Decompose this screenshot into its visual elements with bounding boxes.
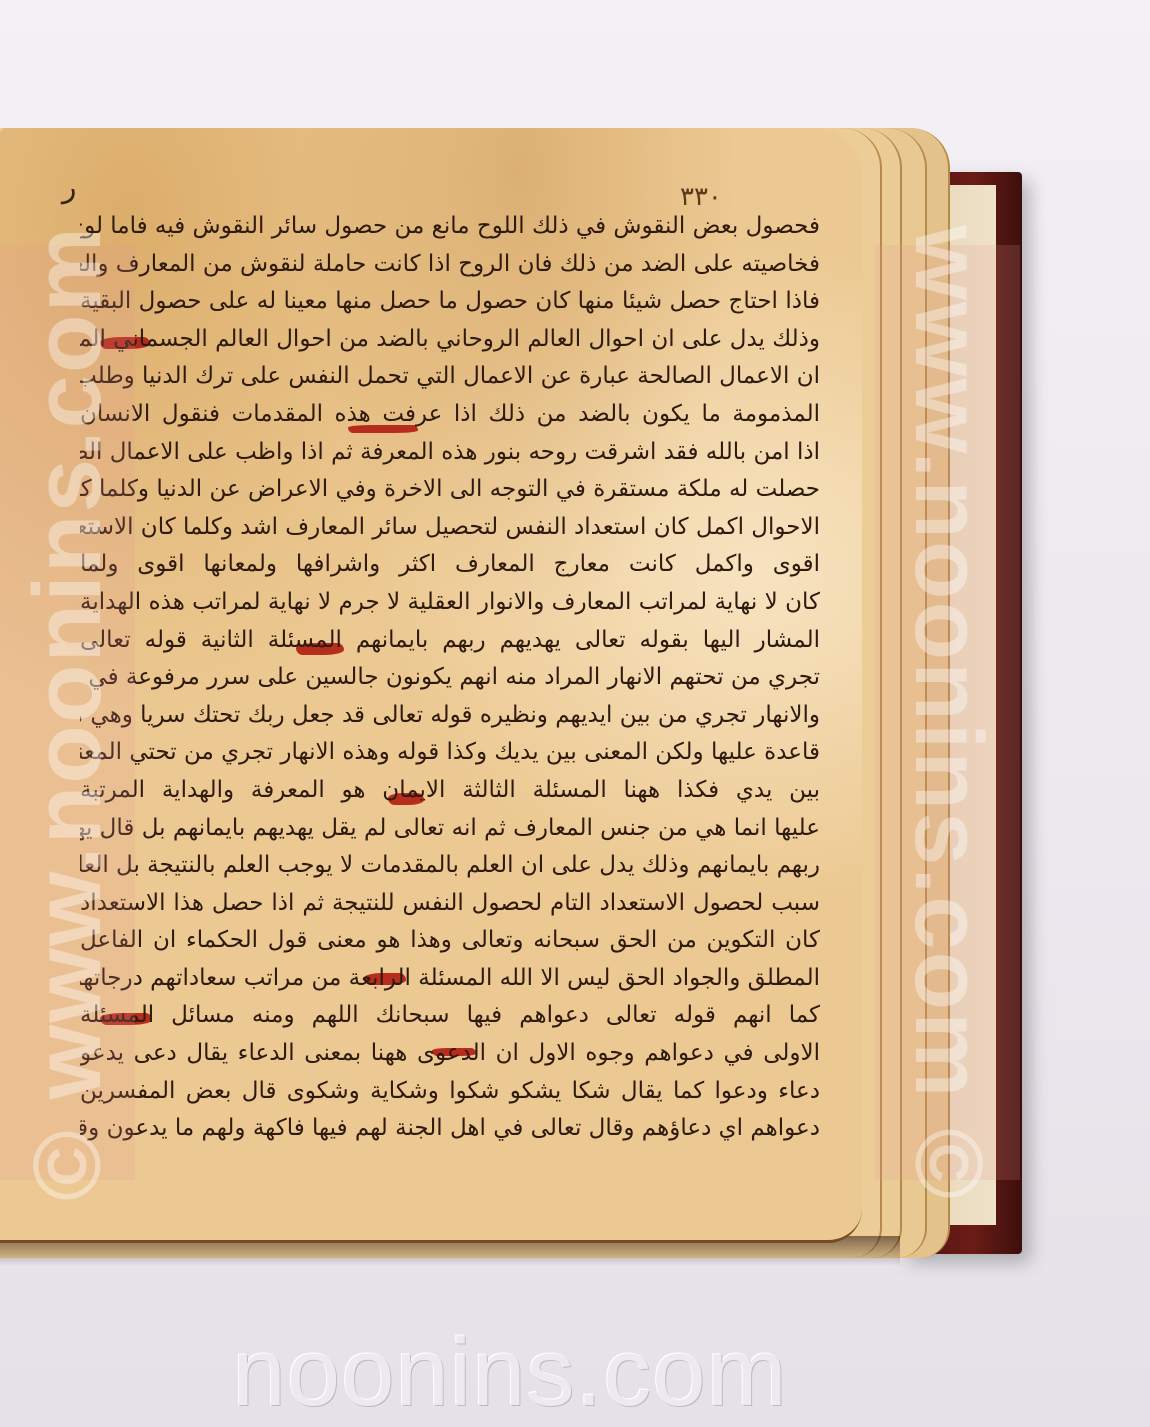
watermark-text: © www.noonins.com xyxy=(13,225,123,1201)
text-line: المشار اليها بقوله تعالى يهديهم ربهم باي… xyxy=(80,622,820,660)
text-line: المطلق والجواد الحق ليس الا الله المسئلة… xyxy=(80,960,820,998)
text-line: سبب لحصول الاستعداد التام لحصول النفس لل… xyxy=(80,885,820,923)
text-line: المذمومة ما يكون بالضد من ذلك اذا عرفت ه… xyxy=(80,396,820,434)
text-line: الاحوال اكمل كان استعداد النفس لتحصيل سا… xyxy=(80,509,820,547)
watermark-right: www.noonins.com © xyxy=(875,245,1020,1180)
text-line: فخاصيته على الضد من ذلك فان الروح اذا كا… xyxy=(80,246,820,284)
text-line: فحصول بعض النقوش في ذلك اللوح مانع من حص… xyxy=(80,208,820,246)
watermark-left: © www.noonins.com xyxy=(0,245,135,1180)
text-line: وذلك يدل على ان احوال العالم الروحاني با… xyxy=(80,321,820,359)
manuscript-text: فحصول بعض النقوش في ذلك اللوح مانع من حص… xyxy=(80,208,820,1148)
text-line: اذا امن بالله فقد اشرقت روحه بنور هذه ال… xyxy=(80,434,820,472)
text-line: ان الاعمال الصالحة عبارة عن الاعمال التي… xyxy=(80,358,820,396)
text-line: قاعدة عليها ولكن المعنى بين يديك وكذا قو… xyxy=(80,734,820,772)
text-line: كما انهم قوله تعالى دعواهم فيها سبحانك ا… xyxy=(80,997,820,1035)
text-line: كان لا نهاية لمراتب المعارف والانوار الع… xyxy=(80,584,820,622)
text-line: كان التكوين من الحق سبحانه وتعالى وهذا ه… xyxy=(80,922,820,960)
manuscript-photo: ٣٣٠ ر فحصول بعض النقوش في ذلك اللوح مانع… xyxy=(0,0,1150,1427)
footer-watermark: noonins.com xyxy=(210,1318,810,1427)
text-line: اقوى واكمل كانت معارج المعارف اكثر واشرا… xyxy=(80,546,820,584)
text-line: الاولى في دعواهم وجوه الاول ان الدعوى هه… xyxy=(80,1035,820,1073)
text-line: والانهار تجري من بين ايديهم ونظيره قوله … xyxy=(80,697,820,735)
text-line: ربهم بايمانهم وذلك يدل على ان العلم بالم… xyxy=(80,847,820,885)
text-line: دعاء ودعوا كما يقال شكا يشكو شكوا وشكاية… xyxy=(80,1073,820,1111)
text-line: حصلت له ملكة مستقرة في التوجه الى الاخرة… xyxy=(80,471,820,509)
margin-mark: ر xyxy=(62,170,77,205)
watermark-text: www.noonins.com © xyxy=(893,225,1003,1201)
text-line: عليها انما هي من جنس المعارف ثم انه تعال… xyxy=(80,810,820,848)
text-line: تجري من تحتهم الانهار المراد منه انهم يك… xyxy=(80,659,820,697)
text-line: دعواهم اي دعاؤهم وقال تعالى في اهل الجنة… xyxy=(80,1110,820,1148)
text-line: فاذا احتاج حصل شيئا منها كان حصول ما حصل… xyxy=(80,283,820,321)
text-line: بين يدي فكذا ههنا المسئلة الثالثة الايما… xyxy=(80,772,820,810)
